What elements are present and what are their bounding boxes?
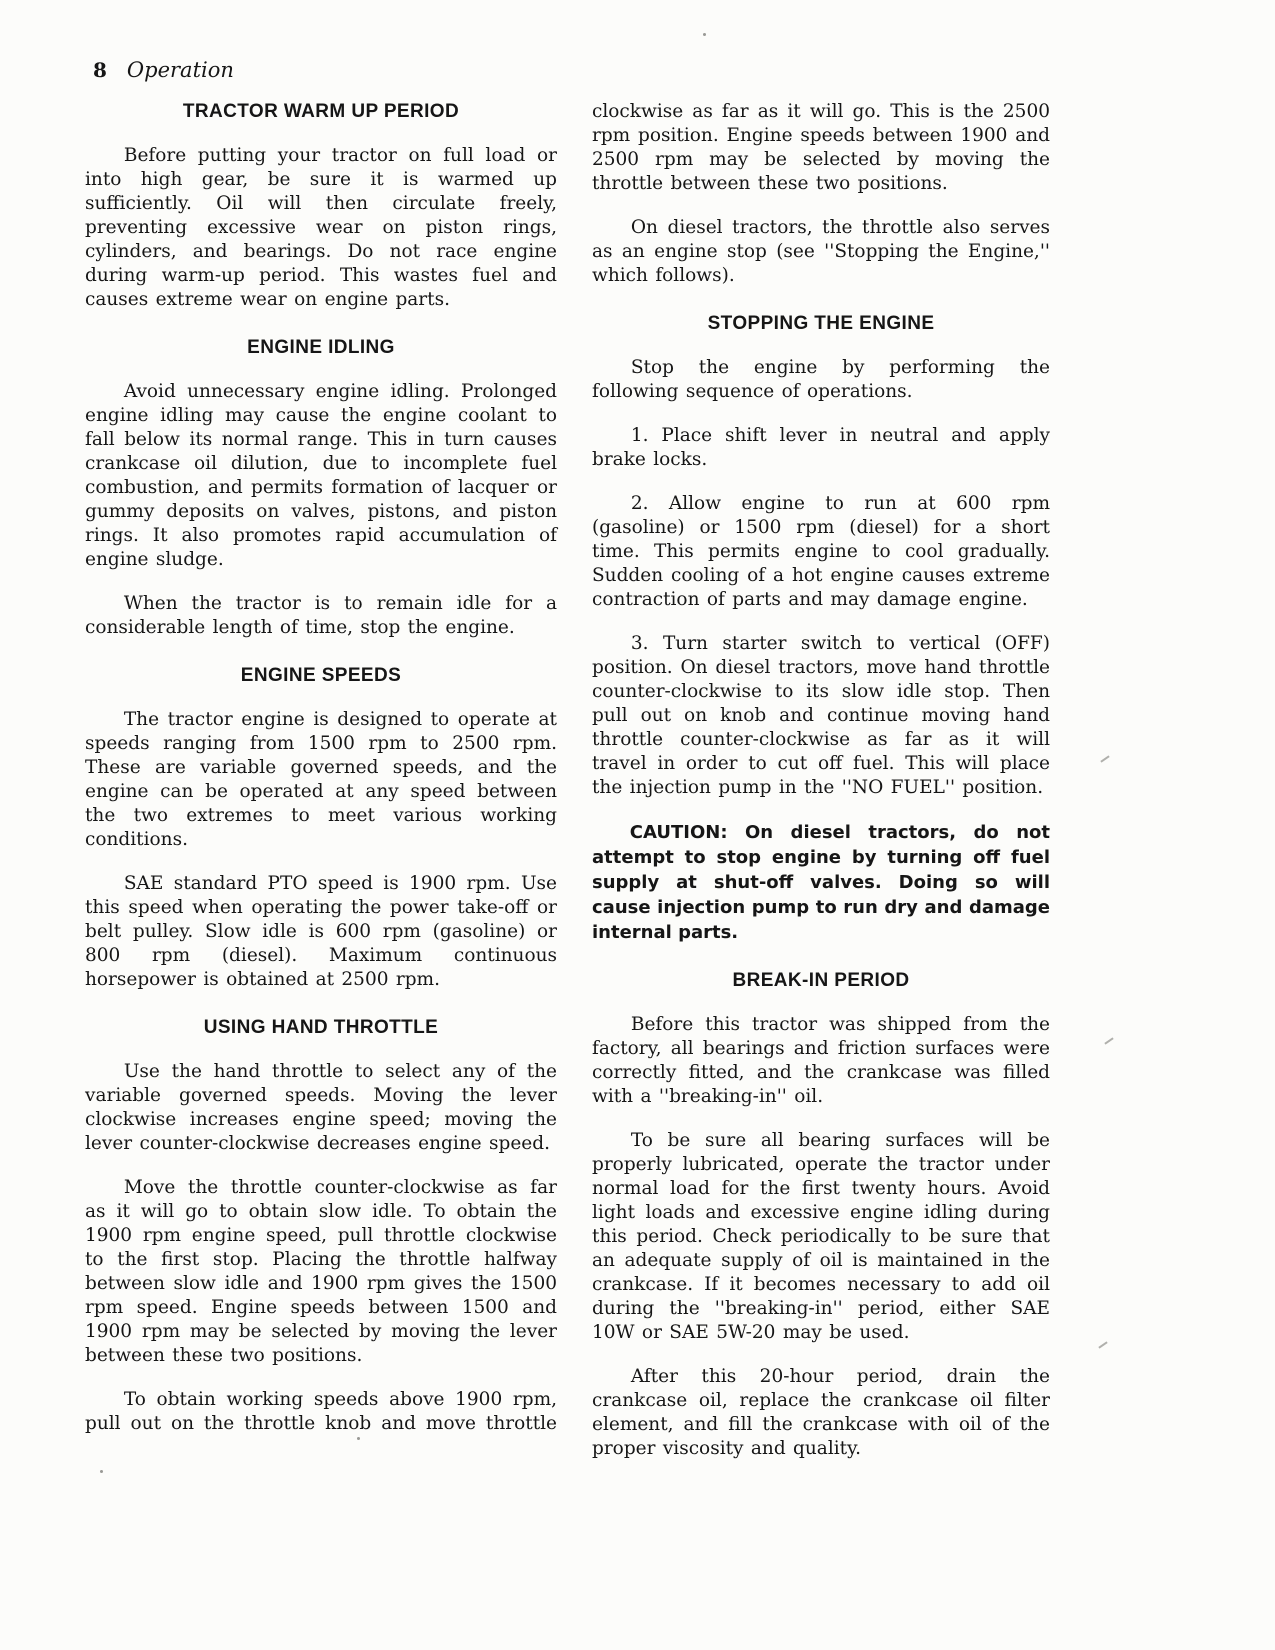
stopping-step-1: 1. Place shift lever in neutral and appl… xyxy=(592,424,1050,472)
paragraph-speeds-1: The tractor engine is designed to operat… xyxy=(85,708,557,852)
stopping-step-2: 2. Allow engine to run at 600 rpm (gasol… xyxy=(592,492,1050,612)
heading-engine-idling: ENGINE IDLING xyxy=(85,336,557,360)
scan-artifact-dot-bottom-1 xyxy=(357,1437,360,1440)
scan-artifact-tick-2 xyxy=(1104,1037,1113,1044)
paragraph-breakin-1: Before this tractor was shipped from the… xyxy=(592,1013,1050,1109)
paragraph-throttle-continued-1: clockwise as far as it will go. This is … xyxy=(592,100,1050,196)
paragraph-warmup: Before putting your tractor on full load… xyxy=(85,144,557,312)
scan-artifact-dot-bottom-2 xyxy=(100,1470,103,1473)
scan-artifact-tick-1 xyxy=(1100,755,1109,762)
heading-tractor-warm-up-period: TRACTOR WARM UP PERIOD xyxy=(85,100,557,124)
scan-artifact-tick-3 xyxy=(1098,1341,1107,1348)
paragraph-throttle-1: Use the hand throttle to select any of t… xyxy=(85,1060,557,1156)
page-header: 8Operation xyxy=(93,58,234,84)
paragraph-speeds-2: SAE standard PTO speed is 1900 rpm. Use … xyxy=(85,872,557,992)
heading-using-hand-throttle: USING HAND THROTTLE xyxy=(85,1016,557,1040)
paragraph-idling-2: When the tractor is to remain idle for a… xyxy=(85,592,557,640)
paragraph-breakin-3: After this 20-hour period, drain the cra… xyxy=(592,1365,1050,1461)
paragraph-throttle-3: To obtain working speeds above 1900 rpm,… xyxy=(85,1388,557,1436)
heading-break-in-period: BREAK-IN PERIOD xyxy=(592,969,1050,993)
heading-stopping-the-engine: STOPPING THE ENGINE xyxy=(592,312,1050,336)
caution-note: CAUTION: On diesel tractors, do not atte… xyxy=(592,820,1050,945)
paragraph-idling-1: Avoid unnecessary engine idling. Prolong… xyxy=(85,380,557,572)
running-section-title: Operation xyxy=(127,58,234,82)
left-column: TRACTOR WARM UP PERIOD Before putting yo… xyxy=(85,100,557,1436)
manual-page: 8Operation TRACTOR WARM UP PERIOD Before… xyxy=(0,0,1275,1650)
scan-artifact-dot-top xyxy=(703,33,706,36)
paragraph-breakin-2: To be sure all bearing surfaces will be … xyxy=(592,1129,1050,1345)
page-number: 8 xyxy=(93,58,107,82)
paragraph-throttle-2: Move the throttle counter-clockwise as f… xyxy=(85,1176,557,1368)
stopping-step-3: 3. Turn starter switch to vertical (OFF)… xyxy=(592,632,1050,800)
paragraph-throttle-continued-2: On diesel tractors, the throttle also se… xyxy=(592,216,1050,288)
paragraph-stopping-intro: Stop the engine by performing the follow… xyxy=(592,356,1050,404)
right-column: clockwise as far as it will go. This is … xyxy=(592,100,1050,1461)
heading-engine-speeds: ENGINE SPEEDS xyxy=(85,664,557,688)
